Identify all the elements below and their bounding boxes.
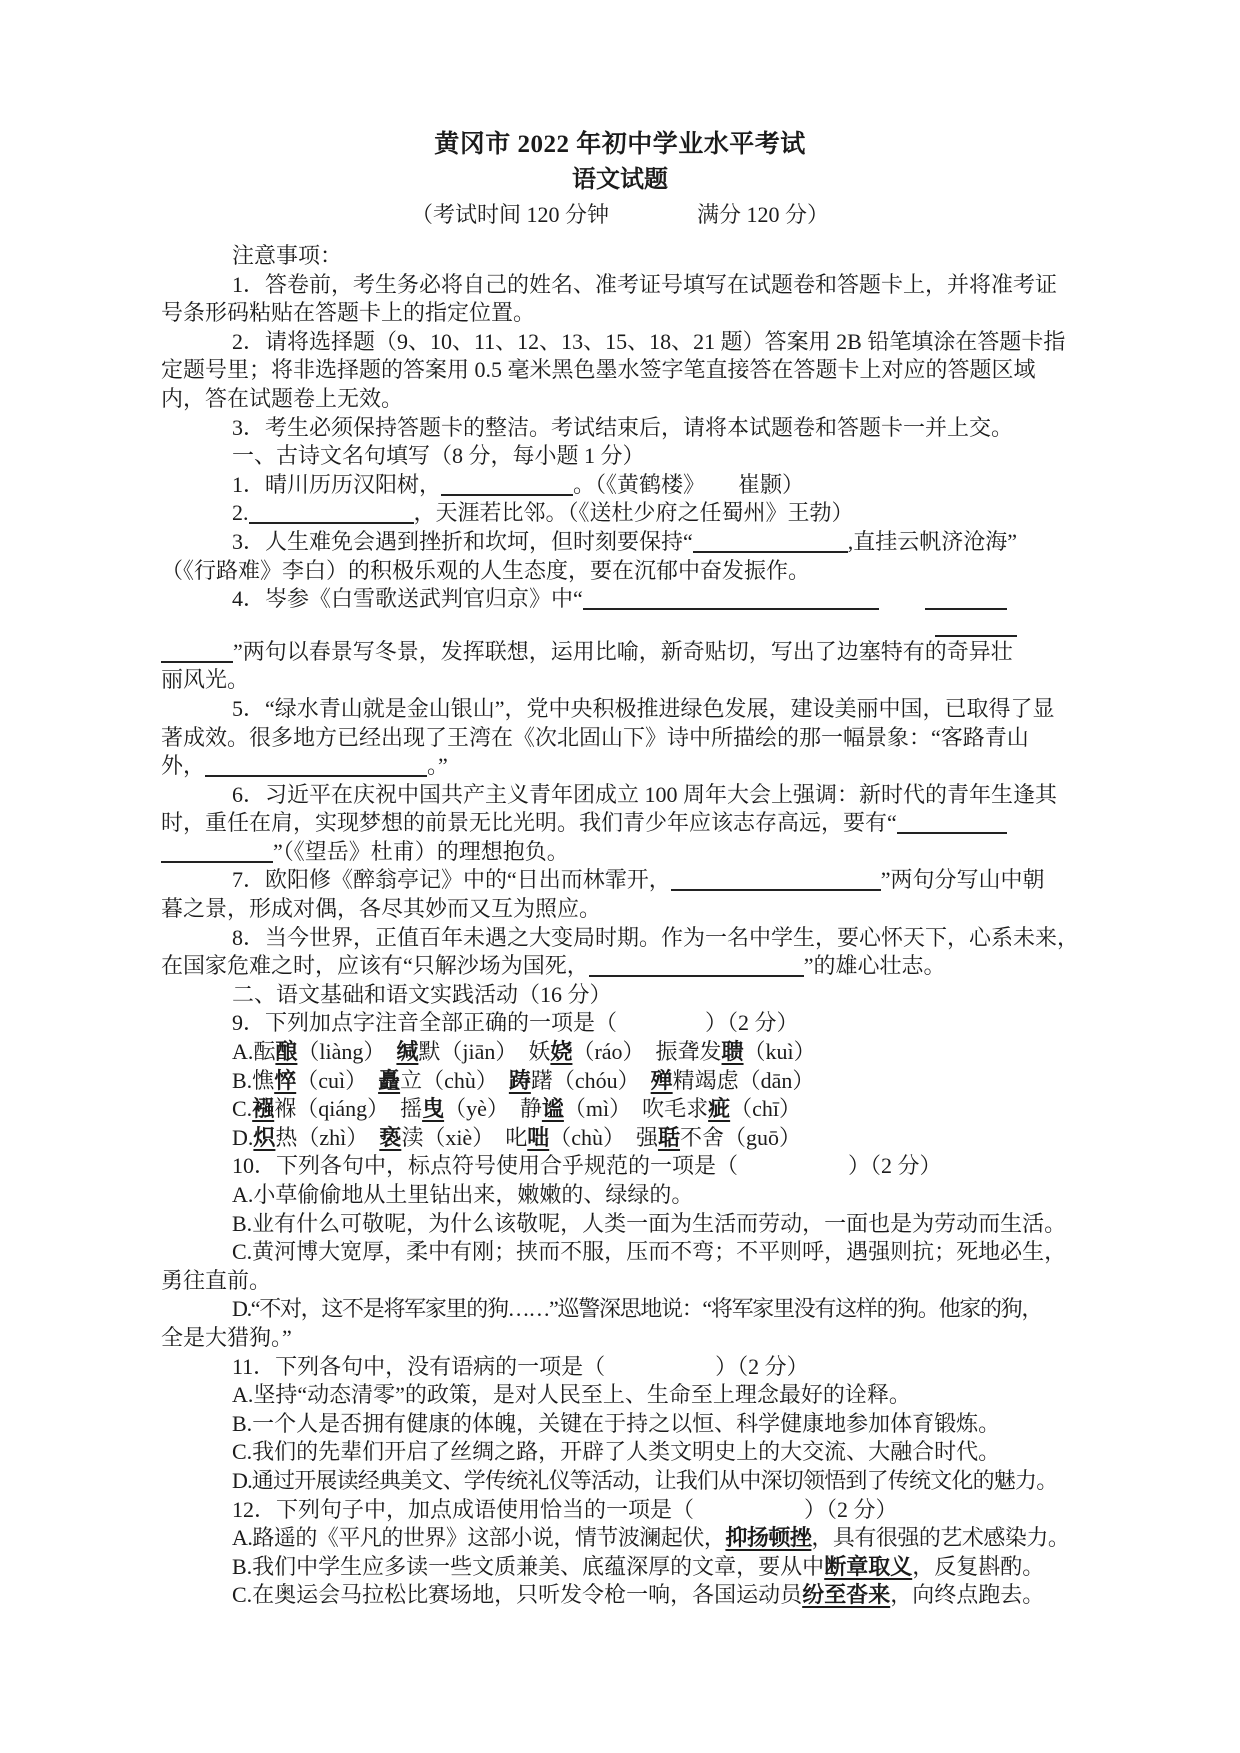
- q8: 8．当今世界，正值百年未遇之大变局时期。作为一名中学生，要心怀天下，心系未来，: [161, 924, 1079, 953]
- answer-blank[interactable]: [589, 955, 804, 977]
- text-run: （《行路难》李白）的积极乐观的人生态度，要在沉郁中奋发振作。: [161, 558, 810, 583]
- emphasized-term: 缄: [396, 1039, 418, 1064]
- text-run: 立（chù）: [400, 1068, 509, 1093]
- emphasized-term: 亵: [379, 1125, 401, 1150]
- text-run: 渎（xiè） 叱: [401, 1125, 527, 1150]
- emphasized-term: 矗: [378, 1068, 400, 1093]
- section-2-heading: 二、语文基础和语文实践活动（16 分）: [161, 981, 1079, 1010]
- notice-item-3: 3．考生必须保持答题卡的整洁。考试结束后，请将本试题卷和答题卡一并上交。: [161, 414, 1079, 443]
- q9-option-c: C.襁褓（qiáng） 摇曳（yè） 静谧（mì） 吹毛求疵（chī）: [161, 1095, 1079, 1124]
- text-run: （liàng）: [297, 1039, 396, 1064]
- text-run: ，天涯若比邻。（《送杜少府之任蜀州》王勃）: [414, 500, 854, 525]
- answer-blank[interactable]: [205, 755, 427, 777]
- answer-blank[interactable]: [925, 588, 1007, 610]
- q9-option-b: B.憔悴（cuì） 矗立（chù） 踌躇（chóu） 殚精竭虑（dān）: [161, 1067, 1079, 1096]
- q11-option-c: C.我们的先辈们开启了丝绸之路，开辟了人类文明史上的大交流、大融合时代。: [161, 1438, 1079, 1467]
- text-run: 著成效。很多地方已经出现了王湾在《次北固山下》诗中所描绘的那一幅景象：“客路青山: [161, 725, 1029, 750]
- emphasized-term: 踌: [509, 1068, 531, 1093]
- q10-option-d-cont: 全是大猎狗。”: [161, 1324, 1079, 1353]
- text-run: 7．欧阳修《醉翁亭记》中的“日出而林霏开，: [232, 867, 671, 892]
- text-run: 热（zhì）: [275, 1125, 379, 1150]
- emphasized-term: 悴: [274, 1068, 296, 1093]
- notice-item-2: 2．请将选择题（9、10、11、12、13、15、18、21 题）答案用 2B …: [161, 328, 1079, 357]
- answer-blank[interactable]: [161, 641, 233, 663]
- text-run: 。（《黄鹤楼》 崔颢）: [573, 472, 804, 497]
- notice-item-1-cont: 号条形码粘贴在答题卡上的指定位置。: [161, 299, 1079, 328]
- q11-option-d: D.通过开展读经典美文、学传统礼仪等活动，让我们从中深切领悟到了传统文化的魅力。: [161, 1467, 1079, 1496]
- text-run: 不舍（guō）: [680, 1125, 801, 1150]
- q5-cont-1: 著成效。很多地方已经出现了王湾在《次北固山下》诗中所描绘的那一幅景象：“客路青山: [161, 724, 1079, 753]
- text-run: 躇（chóu）: [531, 1068, 651, 1093]
- q10-option-c: C.黄河博大宽厚，柔中有刚；挟而不服，压而不弯；不平则呼，遇强则抗；死地必生，: [161, 1238, 1079, 1267]
- q8-cont: 在国家危难之时，应该有“只解沙场为国死，”的雄心壮志。: [161, 952, 1079, 981]
- q10-option-c-cont: 勇往直前。: [161, 1267, 1079, 1296]
- q9-option-d: D.炽热（zhì） 亵渎（xiè） 叱咄（chù） 强聒不舍（guō）: [161, 1124, 1079, 1153]
- text-run: 8．当今世界，正值百年未遇之大变局时期。作为一名中学生，要心怀天下，心系未来，: [232, 925, 1079, 950]
- text-run: 3．考生必须保持答题卡的整洁。考试结束后，请将本试题卷和答题卡一并上交。: [232, 415, 1013, 440]
- q4-cont-2: 丽风光。: [161, 666, 1079, 695]
- notice-item-1: 1．答卷前，考生务必将自己的姓名、准考证号填写在试题卷和答题卡上，并将准考证: [161, 271, 1079, 300]
- text-run: （chī）: [730, 1096, 801, 1121]
- text-run: A.坚持“动态清零”的政策，是对人民至上、生命至上理念最好的诠释。: [232, 1382, 911, 1407]
- q2: 2.，天涯若比邻。（《送杜少府之任蜀州》王勃）: [161, 499, 1079, 528]
- answer-blank[interactable]: [249, 502, 414, 524]
- q11-option-a: A.坚持“动态清零”的政策，是对人民至上、生命至上理念最好的诠释。: [161, 1381, 1079, 1410]
- q5: 5．“绿水青山就是金山银山”，党中央积极推进绿色发展，建设美丽中国，已取得了显: [161, 695, 1079, 724]
- spacer: [161, 632, 935, 633]
- text-run: ,直挂云帆济沧海”: [848, 529, 1017, 554]
- q11-stem: 11．下列各句中，没有语病的一项是（ ）（2 分）: [161, 1353, 1079, 1382]
- q12-option-a: A.路遥的《平凡的世界》这部小说，情节波澜起伏，抑扬顿挫，具有很强的艺术感染力。: [161, 1524, 1079, 1553]
- notice-heading: 注意事项：: [161, 242, 1079, 271]
- emphasized-term: 炽: [253, 1125, 275, 1150]
- answer-blank[interactable]: [671, 869, 881, 891]
- document-body: 注意事项：1．答卷前，考生务必将自己的姓名、准考证号填写在试题卷和答题卡上，并将…: [161, 242, 1079, 1610]
- text-run: 暮之景，形成对偶，各尽其妙而又互为照应。: [161, 896, 601, 921]
- emphasized-term: 曳: [422, 1096, 444, 1121]
- text-run: 12．下列句子中，加点成语使用恰当的一项是（ ）（2 分）: [232, 1497, 898, 1522]
- answer-blank[interactable]: [441, 474, 573, 496]
- text-run: 精竭虑（dān）: [673, 1068, 815, 1093]
- text-run: 号条形码粘贴在答题卡上的指定位置。: [161, 300, 535, 325]
- q1: 1．晴川历历汉阳树，。（《黄鹤楼》 崔颢）: [161, 471, 1079, 500]
- text-run: C.在奥运会马拉松比赛场地，只听发令枪一响，各国运动员: [232, 1582, 802, 1607]
- q10-option-a: A.小草偷偷地从土里钻出来，嫩嫩的、绿绿的。: [161, 1181, 1079, 1210]
- q10-option-d: D.“不对，这不是将军家里的狗……”巡警深思地说：“将军家里没有这样的狗。他家的…: [161, 1295, 1079, 1324]
- text-run: （chù） 强: [549, 1125, 658, 1150]
- text-run: ”两句以春景写冬景，发挥联想，运用比喻，新奇贴切，写出了边塞特有的奇异壮: [233, 639, 1013, 664]
- q3-cont: （《行路难》李白）的积极乐观的人生态度，要在沉郁中奋发振作。: [161, 557, 1079, 586]
- text-run: 在国家危难之时，应该有“只解沙场为国死，: [161, 953, 589, 978]
- text-run: （ráo） 振聋发: [572, 1039, 721, 1064]
- notice-item-2-cont-1: 定题号里；将非选择题的答案用 0.5 毫米黑色墨水签字笔直接答在答题卡上对应的答…: [161, 356, 1079, 385]
- text-run: D.“不对，这不是将军家里的狗……”巡警深思地说：“将军家里没有这样的狗。他家的…: [232, 1296, 1042, 1321]
- text-run: （yè） 静: [444, 1096, 542, 1121]
- answer-blank[interactable]: [897, 812, 1007, 834]
- q7: 7．欧阳修《醉翁亭记》中的“日出而林霏开，”两句分写山中朝: [161, 866, 1079, 895]
- q4-cont-1: ”两句以春景写冬景，发挥联想，运用比喻，新奇贴切，写出了边塞特有的奇异壮: [161, 638, 1079, 667]
- q6-cont-1: 时，重任在肩，实现梦想的前景无比光明。我们青少年应该志存高远，要有“: [161, 809, 1079, 838]
- answer-blank[interactable]: [693, 531, 848, 553]
- text-run: 丽风光。: [161, 667, 249, 692]
- text-run: 时，重任在肩，实现梦想的前景无比光明。我们青少年应该志存高远，要有“: [161, 810, 897, 835]
- exam-title: 黄冈市 2022 年初中学业水平考试: [161, 128, 1079, 162]
- answer-blank[interactable]: [161, 841, 273, 863]
- text-run: 全是大猎狗。”: [161, 1325, 292, 1350]
- answer-blank[interactable]: [583, 588, 879, 610]
- q10-stem: 10．下列各句中，标点符号使用合乎规范的一项是（ ）（2 分）: [161, 1152, 1079, 1181]
- text-run: 二、语文基础和语文实践活动（16 分）: [232, 982, 612, 1007]
- text-run: 内，答在试题卷上无效。: [161, 386, 403, 411]
- text-run: 1．答卷前，考生务必将自己的姓名、准考证号填写在试题卷和答题卡上，并将准考证: [232, 272, 1057, 297]
- text-run: D.通过开展读经典美文、学传统礼仪等活动，让我们从中深切领悟到了传统文化的魅力。: [232, 1468, 1057, 1493]
- text-run: 11．下列各句中，没有语病的一项是（ ）（2 分）: [232, 1354, 809, 1379]
- text-run: B.一个人是否拥有健康的体魄，关键在于持之以恒、科学健康地参加体育锻炼。: [232, 1411, 1000, 1436]
- q7-cont: 暮之景，形成对偶，各尽其妙而又互为照应。: [161, 895, 1079, 924]
- text-run: A.酝: [232, 1039, 275, 1064]
- emphasized-term: 酿: [275, 1039, 297, 1064]
- q6-cont-2: ”（《望岳》杜甫）的理想抱负。: [161, 838, 1079, 867]
- text-run: 。”: [427, 753, 448, 778]
- text-run: ”的雄心壮志。: [804, 953, 946, 978]
- text-run: ，具有很强的艺术感染力。: [811, 1525, 1069, 1550]
- emphasized-term: 咄: [527, 1125, 549, 1150]
- emphasized-term: 抑扬顿挫: [725, 1525, 811, 1550]
- emphasized-term: 聒: [658, 1125, 680, 1150]
- text-run: 5．“绿水青山就是金山银山”，党中央积极推进绿色发展，建设美丽中国，已取得了显: [232, 696, 1055, 721]
- text-run: C.我们的先辈们开启了丝绸之路，开辟了人类文明史上的大交流、大融合时代。: [232, 1439, 1000, 1464]
- text-run: 默（jiān） 妖: [418, 1039, 550, 1064]
- text-run: B.业有什么可敬呢，为什么该敬呢，人类一面为生活而劳动，一面也是为劳动而生活。: [232, 1211, 1066, 1236]
- emphasized-term: 断章取义: [824, 1554, 912, 1579]
- q10-option-b: B.业有什么可敬呢，为什么该敬呢，人类一面为生活而劳动，一面也是为劳动而生活。: [161, 1210, 1079, 1239]
- text-run: 定题号里；将非选择题的答案用 0.5 毫米黑色墨水签字笔直接答在答题卡上对应的答…: [161, 357, 1036, 382]
- exam-paper-page: 黄冈市 2022 年初中学业水平考试 语文试题 （考试时间 120 分钟 满分 …: [0, 0, 1240, 1753]
- text-run: 注意事项：: [232, 243, 342, 268]
- text-run: （mì） 吹毛求: [564, 1096, 708, 1121]
- text-run: B.我们中学生应多读一些文质兼美、底蕴深厚的文章，要从中: [232, 1554, 824, 1579]
- text-run: 6．习近平在庆祝中国共产主义青年团成立 100 周年大会上强调：新时代的青年生逢…: [232, 782, 1057, 807]
- emphasized-term: 聩: [722, 1039, 744, 1064]
- q11-option-b: B.一个人是否拥有健康的体魄，关键在于持之以恒、科学健康地参加体育锻炼。: [161, 1410, 1079, 1439]
- q12-option-b: B.我们中学生应多读一些文质兼美、底蕴深厚的文章，要从中断章取义，反复斟酌。: [161, 1553, 1079, 1582]
- text-run: 2.: [232, 500, 249, 525]
- text-run: B.憔: [232, 1068, 274, 1093]
- text-run: ”（《望岳》杜甫）的理想抱负。: [273, 839, 569, 864]
- emphasized-term: 娆: [550, 1039, 572, 1064]
- text-run: C.黄河博大宽厚，柔中有刚；挟而不服，压而不弯；不平则呼，遇强则抗；死地必生，: [232, 1239, 1066, 1264]
- q12-stem: 12．下列句子中，加点成语使用恰当的一项是（ ）（2 分）: [161, 1496, 1079, 1525]
- text-run: 10．下列各句中，标点符号使用合乎规范的一项是（ ）（2 分）: [232, 1153, 942, 1178]
- text-run: A.路遥的《平凡的世界》这部小说，情节波澜起伏，: [232, 1525, 725, 1550]
- spacer: [879, 605, 925, 606]
- notice-item-2-cont-2: 内，答在试题卷上无效。: [161, 385, 1079, 414]
- text-run: （cuì）: [296, 1068, 378, 1093]
- text-run: ，向终点跑去。: [890, 1582, 1044, 1607]
- exam-meta: （考试时间 120 分钟 满分 120 分）: [161, 198, 1079, 232]
- text-run: ，反复斟酌。: [912, 1554, 1044, 1579]
- text-run: C.: [232, 1096, 252, 1121]
- q9-stem: 9．下列加点字注音全部正确的一项是（ ）（2 分）: [161, 1009, 1079, 1038]
- text-run: 一、古诗文名句填写（8 分，每小题 1 分）: [232, 443, 645, 468]
- q5-cont-2: 外，。”: [161, 752, 1079, 781]
- section-1-heading: 一、古诗文名句填写（8 分，每小题 1 分）: [161, 442, 1079, 471]
- text-run: 外，: [161, 753, 205, 778]
- text-run: 3．人生难免会遇到挫折和坎坷，但时刻要保持“: [232, 529, 693, 554]
- q6: 6．习近平在庆祝中国共产主义青年团成立 100 周年大会上强调：新时代的青年生逢…: [161, 781, 1079, 810]
- emphasized-term: 纷至沓来: [802, 1582, 890, 1607]
- emphasized-term: 谧: [542, 1096, 564, 1121]
- text-run: 4．岑参《白雪歌送武判官归京》中“: [232, 586, 583, 611]
- text-run: （kuì）: [744, 1039, 816, 1064]
- q3: 3．人生难免会遇到挫折和坎坷，但时刻要保持“,直挂云帆济沧海”: [161, 528, 1079, 557]
- q12-option-c: C.在奥运会马拉松比赛场地，只听发令枪一响，各国运动员纷至沓来，向终点跑去。: [161, 1581, 1079, 1610]
- q9-option-a: A.酝酿（liàng） 缄默（jiān） 妖娆（ráo） 振聋发聩（kuì）: [161, 1038, 1079, 1067]
- q4: 4．岑参《白雪歌送武判官归京》中“: [161, 585, 1079, 614]
- emphasized-term: 殚: [651, 1068, 673, 1093]
- emphasized-term: 襁: [252, 1096, 274, 1121]
- emphasized-term: 疵: [708, 1096, 730, 1121]
- exam-subject: 语文试题: [161, 162, 1079, 198]
- text-run: 1．晴川历历汉阳树，: [232, 472, 441, 497]
- text-run: 2．请将选择题（9、10、11、12、13、15、18、21 题）答案用 2B …: [232, 329, 1065, 354]
- text-run: D.: [232, 1125, 253, 1150]
- text-run: 9．下列加点字注音全部正确的一项是（ ）（2 分）: [232, 1010, 799, 1035]
- text-run: 褓（qiáng） 摇: [274, 1096, 422, 1121]
- text-run: ”两句分写山中朝: [881, 867, 1045, 892]
- answer-blank[interactable]: [935, 615, 1017, 637]
- text-run: A.小草偷偷地从土里钻出来，嫩嫩的、绿绿的。: [232, 1182, 693, 1207]
- text-run: 勇往直前。: [161, 1268, 271, 1293]
- q4-blank-row: [161, 614, 1079, 638]
